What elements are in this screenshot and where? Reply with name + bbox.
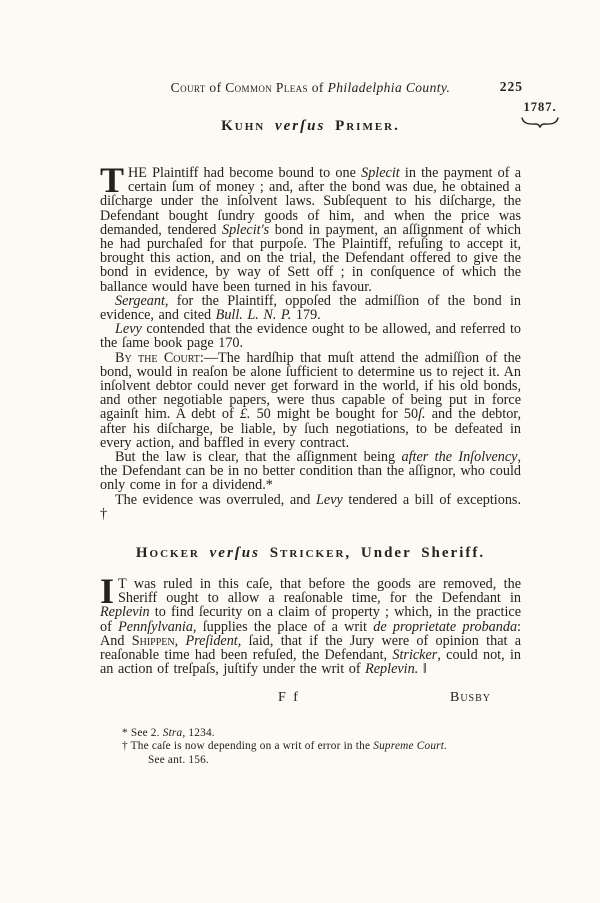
running-head: Court of Common Pleas of Philadelphia Co… — [100, 80, 521, 96]
footnote-dagger-continued: See ant. 156. — [148, 754, 521, 768]
margin-year-note: 1787. — [517, 100, 563, 128]
catchword: Busby — [450, 690, 491, 706]
brace-icon — [520, 116, 560, 128]
paragraph-kuhn-4: By the Court:—The hardſhip that muſt att… — [100, 351, 521, 450]
paragraph-kuhn-6: The evidence was overruled, and Levy ten… — [100, 493, 521, 521]
paragraph-kuhn-1: THE Plaintiff had become bound to one Sp… — [100, 166, 521, 294]
signature-line: F f Busby — [100, 690, 521, 708]
paragraph-hocker-1: IT was ruled in this caſe, that before t… — [100, 577, 521, 676]
page-number: 225 — [500, 79, 523, 95]
scanned-book-page: { "page": { "page_number": "225", "margi… — [0, 0, 600, 903]
footnotes: * See 2. Stra, 1234. † The caſe is now d… — [122, 727, 521, 768]
case-title-hocker-v-stricker: Hocker verſus Stricker, Under Sheriff. — [100, 545, 521, 562]
footnote-asterisk: * See 2. Stra, 1234. — [122, 727, 521, 741]
signature-mark: F f — [278, 690, 300, 706]
paragraph-kuhn-5: But the law is clear, that the aſſignmen… — [100, 450, 521, 493]
case-title-kuhn-v-primer: Kuhn verſus Primer. — [100, 118, 521, 135]
text-block: Court of Common Pleas of Philadelphia Co… — [100, 80, 521, 767]
paragraph-kuhn-2: Sergeant, for the Plaintiff, oppoſed the… — [100, 294, 521, 322]
margin-year-text: 1787. — [523, 100, 556, 114]
footnote-dagger: † The caſe is now depending on a writ of… — [122, 740, 521, 754]
running-head-title: Court of Common Pleas of Philadelphia Co… — [171, 80, 451, 95]
paragraph-kuhn-3: Levy contended that the evidence ought t… — [100, 322, 521, 350]
